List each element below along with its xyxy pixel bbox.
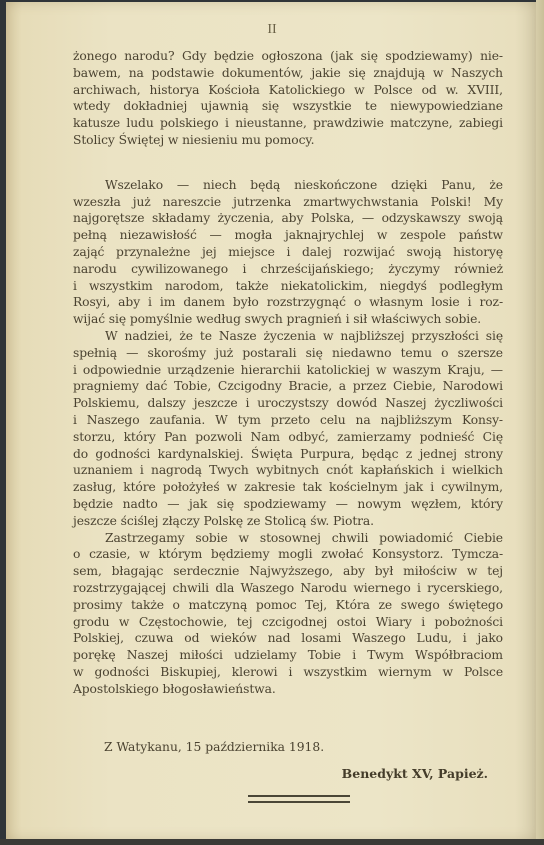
letter-body: żonego narodu? Gdy będzie ogłoszona (jak… — [73, 48, 503, 697]
text-line: pragniemy dać Tobie, Czcigodny Bracie, a… — [73, 378, 503, 395]
text-line: Zastrzegamy sobie w stosownej chwili pow… — [73, 530, 503, 547]
text-line: Wszelako — niech będą nieskończone dzięk… — [73, 177, 503, 194]
date-line: Z Watykanu, 15 października 1918. — [104, 740, 324, 754]
rule-line — [248, 801, 350, 803]
paragraph: Wszelako — niech będą nieskończone dzięk… — [73, 177, 503, 328]
scan-border — [0, 839, 544, 845]
text-line: Stolicy Świętej w niesieniu mu pomocy. — [73, 132, 503, 149]
text-line: i wszystkim narodom, także niekatolickim… — [73, 278, 503, 295]
paragraph: W nadziei, że te Nasze życzenia w najbli… — [73, 328, 503, 530]
text-line: katusze ludu polskiego i nieustanne, pra… — [73, 115, 503, 132]
text-line: bawem, na podstawie dokumentów, jakie si… — [73, 65, 503, 82]
page-edge — [536, 0, 544, 845]
text-line: sem, błagając serdecznie Najwyższego, ab… — [73, 563, 503, 580]
text-line: najgorętsze składamy życzenia, aby Polsk… — [73, 210, 503, 227]
text-line: spełnią — skorośmy już postarali się nie… — [73, 345, 503, 362]
text-line: do godności kardynalskiej. Święta Purpur… — [73, 446, 503, 463]
text-line: będzie nadto — jak się spodziewamy — now… — [73, 496, 503, 513]
text-line: jeszcze ściślej złączy Polskę ze Stolicą… — [73, 513, 503, 530]
text-line: zasług, które położyłeś w zakresie tak k… — [73, 479, 503, 496]
text-line: wijać się pomyślnie według swych pragnie… — [73, 311, 503, 328]
text-line: i odpowiednie urządzenie hierarchii kato… — [73, 362, 503, 379]
text-line: i Naszego zaufania. W tym przeto celu na… — [73, 412, 503, 429]
text-line: uznaniem i nagrodą Twych wybitnych cnót … — [73, 462, 503, 479]
text-line: zająć przynależne jej miejsce i dalej ro… — [73, 244, 503, 261]
text-line: w godności Biskupiej, klerowi i wszystki… — [73, 664, 503, 681]
text-line: wtedy dokładniej ujawnią się wszystkie t… — [73, 98, 503, 115]
text-line: storzu, który Pan pozwoli Nam odbyć, zam… — [73, 429, 503, 446]
text-line: pełną niezawisłość — mogła jaknajrychlej… — [73, 227, 503, 244]
text-line: wzeszła już nareszcie jutrzenka zmartwyc… — [73, 194, 503, 211]
text-line: porękę Naszej miłości udzielamy Tobie i … — [73, 647, 503, 664]
text-line: o czasie, w którym będziemy mogli zwołać… — [73, 546, 503, 563]
signature: Benedykt XV, Papież. — [342, 766, 488, 781]
text-line: grodu w Częstochowie, tej czcigodnej ost… — [73, 614, 503, 631]
text-line: W nadziei, że te Nasze życzenia w najbli… — [73, 328, 503, 345]
text-line: Polskiemu, dalszy jeszcze i uroczystszy … — [73, 395, 503, 412]
page-number: II — [0, 22, 544, 38]
paragraph: Zastrzegamy sobie w stosownej chwili pow… — [73, 530, 503, 698]
text-line: żonego narodu? Gdy będzie ogłoszona (jak… — [73, 48, 503, 65]
text-line: narodu cywilizowanego i chrześcijańskieg… — [73, 261, 503, 278]
double-rule-separator — [248, 795, 350, 807]
rule-line — [248, 795, 350, 797]
text-line: rozstrzygającej chwili dla Waszego Narod… — [73, 580, 503, 597]
text-line: archiwach, historya Kościoła Katolickieg… — [73, 82, 503, 99]
text-line: prosimy także o matczyną pomoc Tej, Któr… — [73, 597, 503, 614]
text-line: Polskiej, czuwa od wieków nad losami Was… — [73, 630, 503, 647]
text-line: Rosyi, aby i im danem było rozstrzygnąć … — [73, 294, 503, 311]
paragraph: żonego narodu? Gdy będzie ogłoszona (jak… — [73, 48, 503, 149]
text-line: Apostolskiego błogosławieństwa. — [73, 681, 503, 698]
